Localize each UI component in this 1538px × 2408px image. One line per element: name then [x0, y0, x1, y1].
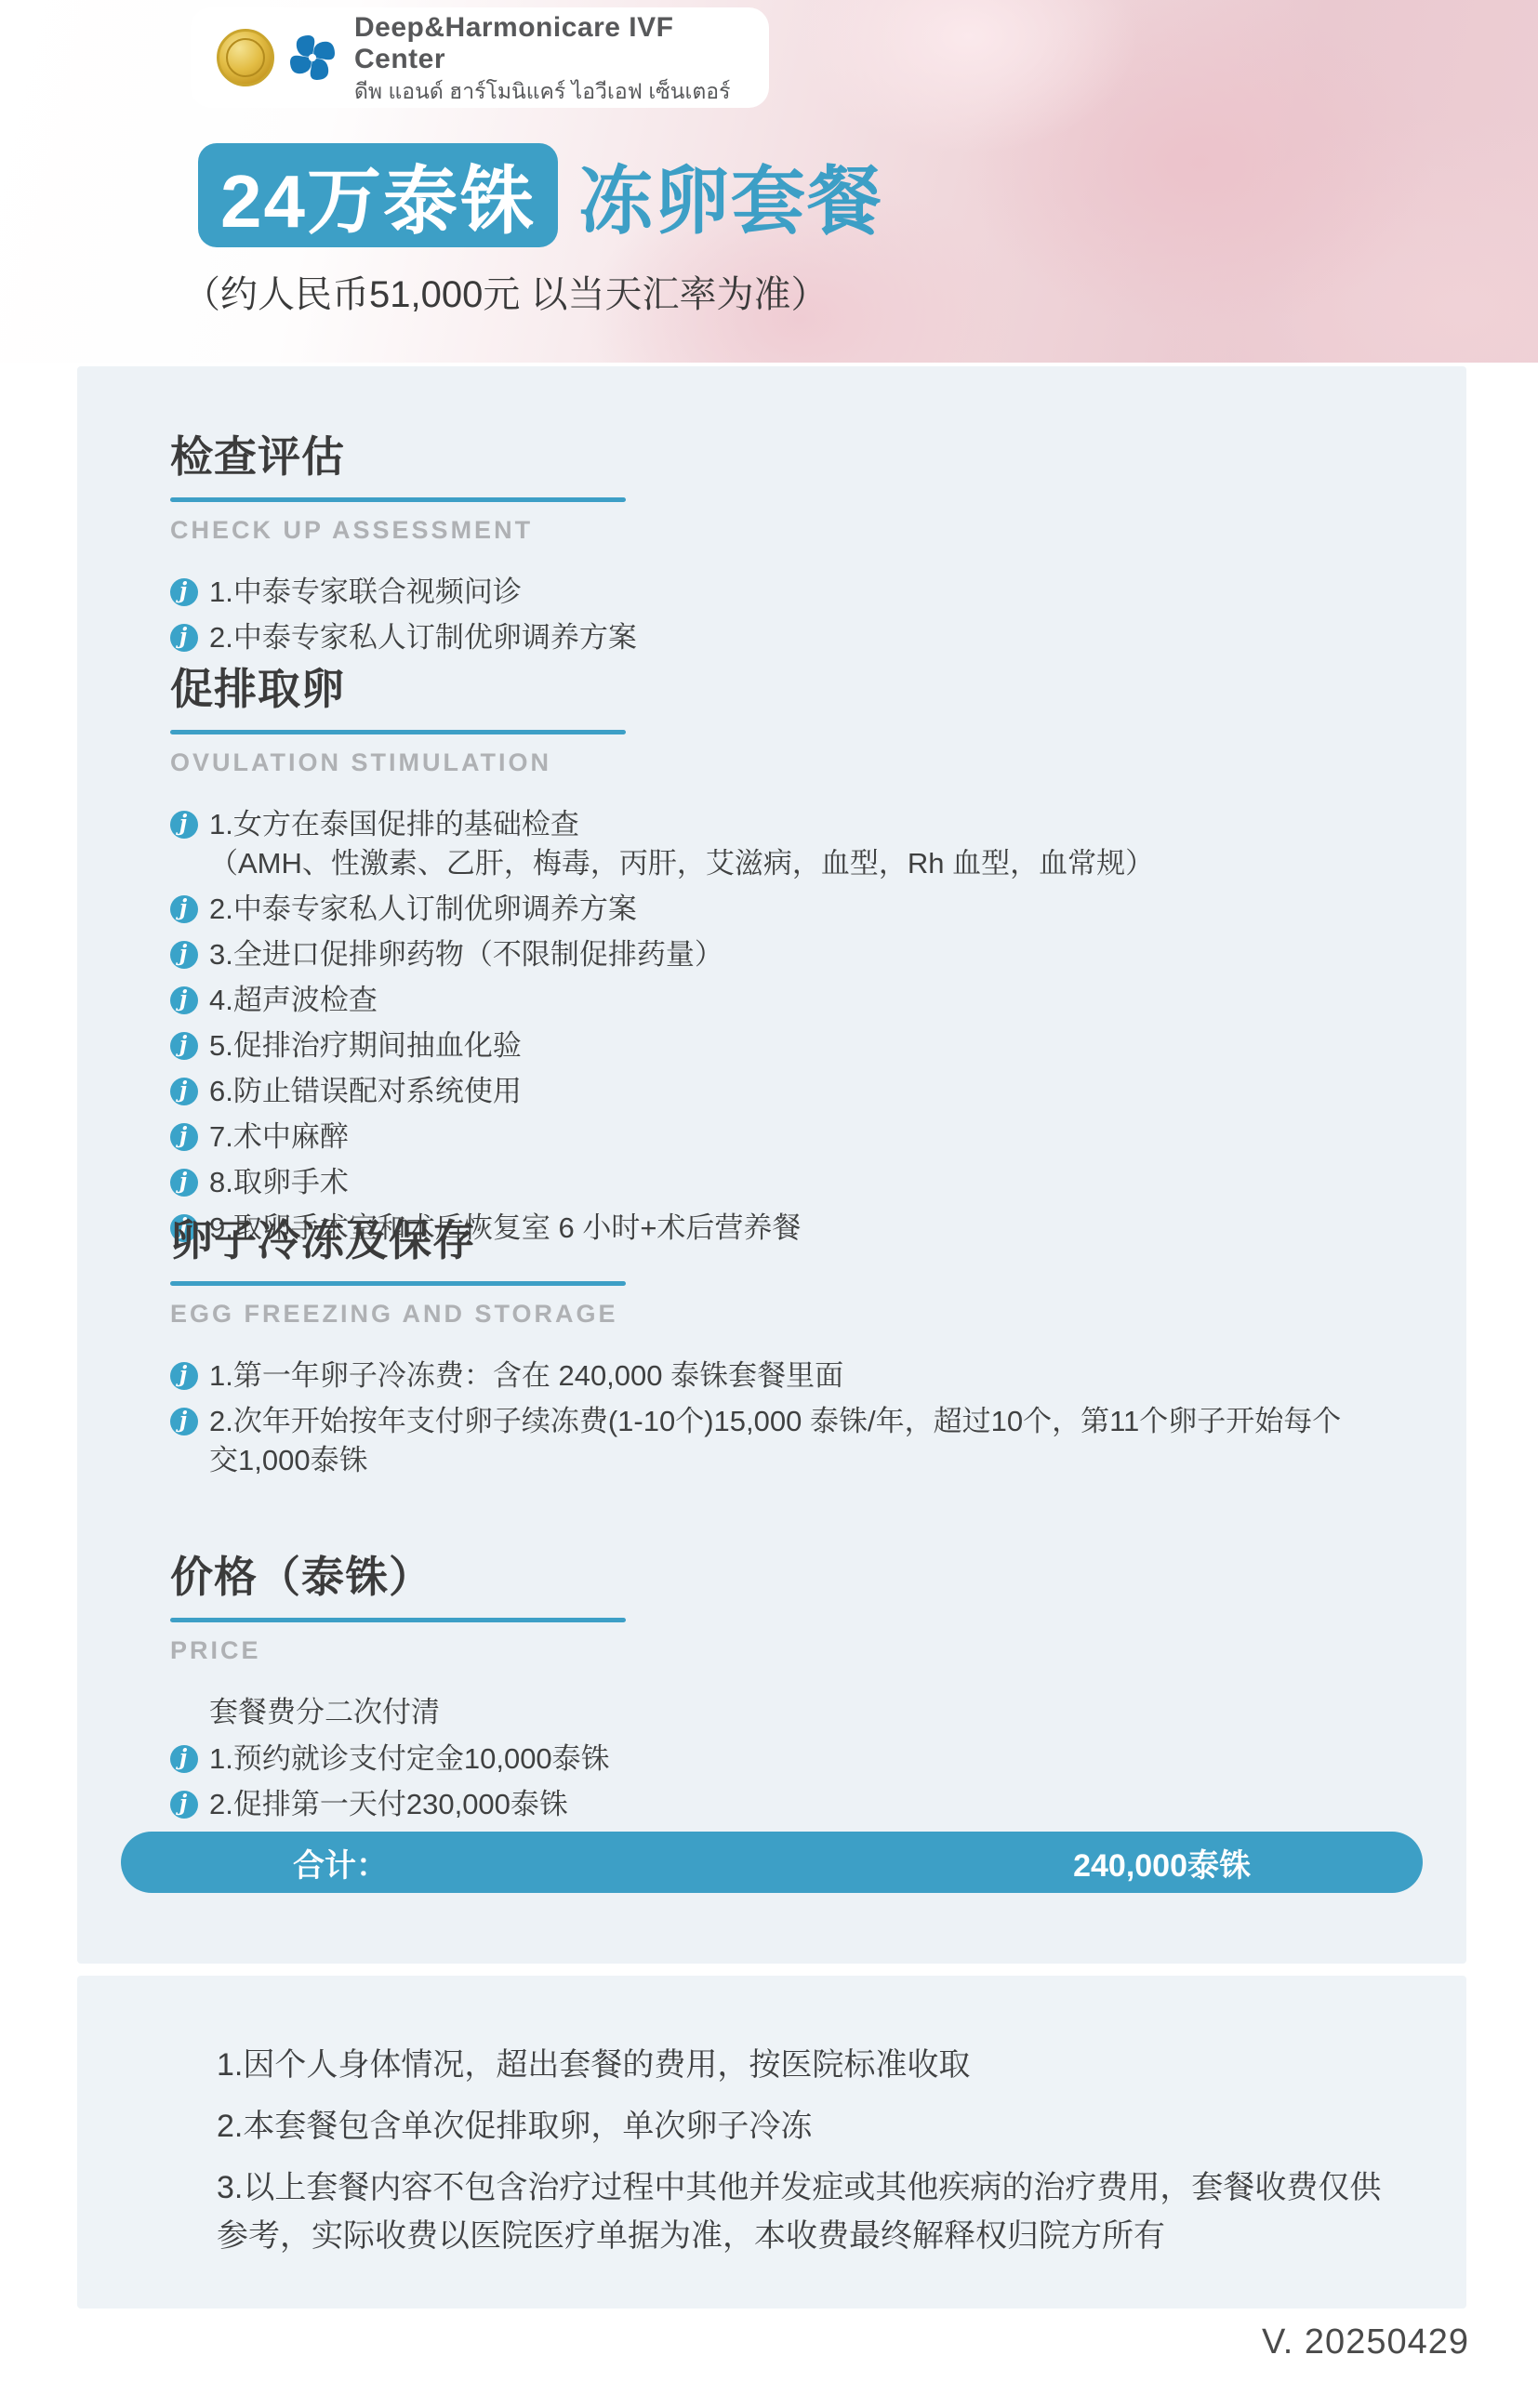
- bullet-glyph: j: [179, 1079, 187, 1101]
- terms-notes-panel: 1.因个人身体情况，超出套餐的费用，按医院标准收取 2.本套餐包含单次促排取卵，…: [77, 1976, 1466, 2309]
- clinic-name-en: Deep&Harmonicare IVF Center: [354, 12, 750, 76]
- fetus-bullet-icon: j: [170, 1123, 198, 1151]
- fetus-bullet-icon: j: [170, 895, 198, 923]
- fetus-bullet-icon: j: [170, 1362, 198, 1390]
- section-item-list: j 1.第一年卵子冷冻费：含在 240,000 泰铢套餐里面 j 2.次年开始按…: [170, 1356, 1463, 1480]
- list-item-text: 4.超声波检查: [209, 981, 378, 1020]
- total-price-bar: 合计： 240,000泰铢: [121, 1832, 1423, 1893]
- fetus-bullet-icon: j: [170, 941, 198, 969]
- list-item: j 1.女方在泰国促排的基础检查: [170, 805, 1463, 844]
- gold-medal-icon: [217, 29, 274, 86]
- bullet-glyph: j: [179, 813, 187, 834]
- list-item: j 2.促排第一天付230,000泰铢: [170, 1785, 1463, 1824]
- section-price: 价格（泰铢） PRICE 套餐费分二次付清 j 1.预约就诊支付定金10,000…: [170, 1543, 1463, 1831]
- total-label: 合计：: [293, 1840, 388, 1885]
- bullet-glyph: j: [179, 1034, 187, 1055]
- total-value: 240,000泰铢: [1073, 1840, 1251, 1885]
- fetus-bullet-icon: j: [170, 1745, 198, 1773]
- bullet-glyph: j: [179, 988, 187, 1010]
- clinic-name-th: ดีพ แอนด์ ฮาร์โมนิแคร์ ไอวีเอฟ เซ็นเตอร์: [354, 79, 750, 103]
- list-item-text: 6.防止错误配对系统使用: [209, 1072, 522, 1111]
- list-item-text: 8.取卵手术: [209, 1163, 349, 1202]
- fetus-bullet-icon: j: [170, 986, 198, 1014]
- list-item-text: 1.预约就诊支付定金10,000泰铢: [209, 1740, 610, 1779]
- section-title-zh: 促排取卵: [170, 655, 1463, 717]
- clinic-name: Deep&Harmonicare IVF Center ดีพ แอนด์ ฮา…: [354, 12, 750, 103]
- list-item: j 1.中泰专家联合视频问诊: [170, 573, 1463, 612]
- package-name: 冻卵套餐: [578, 141, 883, 248]
- list-item: j 7.术中麻醉: [170, 1118, 1463, 1157]
- terms-notes: 1.因个人身体情况，超出套餐的费用，按医院标准收取 2.本套餐包含单次促排取卵，…: [77, 1976, 1407, 2260]
- section-title-en: CHECK UP ASSESSMENT: [170, 516, 1463, 545]
- section-check-up-assessment: 检查评估 CHECK UP ASSESSMENT j 1.中泰专家联合视频问诊 …: [170, 423, 1463, 664]
- section-title-zh: 卵子冷冻及保存: [170, 1207, 1463, 1268]
- fetus-bullet-icon: j: [170, 1078, 198, 1105]
- fetus-bullet-icon: j: [170, 1169, 198, 1197]
- section-title-en: EGG FREEZING AND STORAGE: [170, 1300, 1463, 1329]
- price-cny-subtitle: （约人民币51,000元 以当天汇率为准）: [183, 265, 828, 318]
- list-item: j 2.中泰专家私人订制优卵调养方案: [170, 618, 1463, 657]
- section-egg-freezing-storage: 卵子冷冻及保存 EGG FREEZING AND STORAGE j 1.第一年…: [170, 1207, 1463, 1487]
- blue-clover-icon: [285, 31, 339, 85]
- list-item-text: 3.全进口促排卵药物（不限制促排药量）: [209, 935, 723, 974]
- section-item-list: j 1.女方在泰国促排的基础检查 （AMH、性激素、乙肝，梅毒，丙肝，艾滋病，血…: [170, 805, 1463, 1248]
- bullet-glyph: j: [179, 897, 187, 919]
- list-item-text: 2.中泰专家私人订制优卵调养方案: [209, 890, 637, 929]
- bullet-glyph: j: [179, 1409, 187, 1431]
- section-item-list: 套餐费分二次付清 j 1.预约就诊支付定金10,000泰铢 j 2.促排第一天付…: [170, 1693, 1463, 1824]
- note-line: 3.以上套餐内容不包含治疗过程中其他并发症或其他疾病的治疗费用，套餐收费仅供参考…: [217, 2163, 1407, 2260]
- list-item: j 2.中泰专家私人订制优卵调养方案: [170, 890, 1463, 929]
- list-item: j 1.第一年卵子冷冻费：含在 240,000 泰铢套餐里面: [170, 1356, 1463, 1396]
- payment-split-note: 套餐费分二次付清: [170, 1693, 1463, 1732]
- list-item-text: 2.次年开始按年支付卵子续冻费(1-10个)15,000 泰铢/年，超过10个，…: [209, 1402, 1362, 1480]
- section-item-list: j 1.中泰专家联合视频问诊 j 2.中泰专家私人订制优卵调养方案: [170, 573, 1463, 657]
- section-divider: [170, 1281, 626, 1286]
- list-item: j 1.预约就诊支付定金10,000泰铢: [170, 1740, 1463, 1779]
- bullet-glyph: j: [179, 1364, 187, 1385]
- package-title: 24万泰铢 冻卵套餐: [198, 141, 883, 248]
- clinic-logo-card: Deep&Harmonicare IVF Center ดีพ แอนด์ ฮา…: [191, 7, 769, 108]
- section-ovulation-stimulation: 促排取卵 OVULATION STIMULATION j 1.女方在泰国促排的基…: [170, 655, 1463, 1254]
- price-badge: 24万泰铢: [198, 143, 558, 247]
- bullet-glyph: j: [179, 1171, 187, 1192]
- bullet-glyph: j: [179, 1793, 187, 1814]
- fetus-bullet-icon: j: [170, 624, 198, 652]
- list-item-text: 7.术中麻醉: [209, 1118, 349, 1157]
- hero-photo-banner: Deep&Harmonicare IVF Center ดีพ แอนด์ ฮา…: [0, 0, 1538, 363]
- list-item: j 4.超声波检查: [170, 981, 1463, 1020]
- document-version: V. 20250429: [1262, 2322, 1469, 2362]
- bullet-glyph: j: [179, 580, 187, 602]
- package-details-panel: 检查评估 CHECK UP ASSESSMENT j 1.中泰专家联合视频问诊 …: [77, 366, 1466, 1964]
- fetus-bullet-icon: j: [170, 1408, 198, 1436]
- section-divider: [170, 497, 626, 502]
- fetus-bullet-icon: j: [170, 1032, 198, 1060]
- list-item: j 6.防止错误配对系统使用: [170, 1072, 1463, 1111]
- fetus-bullet-icon: j: [170, 1791, 198, 1819]
- note-line: 1.因个人身体情况，超出套餐的费用，按医院标准收取: [217, 2041, 1407, 2089]
- section-title-en: PRICE: [170, 1636, 1463, 1665]
- bullet-glyph: j: [179, 626, 187, 647]
- list-item-continuation: （AMH、性激素、乙肝，梅毒，丙肝，艾滋病，血型，Rh 血型，血常规）: [170, 844, 1463, 883]
- list-item: j 2.次年开始按年支付卵子续冻费(1-10个)15,000 泰铢/年，超过10…: [170, 1402, 1463, 1480]
- list-item-text: 1.中泰专家联合视频问诊: [209, 573, 522, 612]
- section-title-zh: 价格（泰铢）: [170, 1543, 1463, 1605]
- section-divider: [170, 1618, 626, 1622]
- fetus-bullet-icon: j: [170, 811, 198, 839]
- note-line: 2.本套餐包含单次促排取卵，单次卵子冷冻: [217, 2102, 1407, 2150]
- section-title-zh: 检查评估: [170, 423, 1463, 484]
- list-item-text: 2.促排第一天付230,000泰铢: [209, 1785, 568, 1824]
- section-divider: [170, 730, 626, 734]
- list-item: j 8.取卵手术: [170, 1163, 1463, 1202]
- list-item-text: 2.中泰专家私人订制优卵调养方案: [209, 618, 637, 657]
- bullet-glyph: j: [179, 1747, 187, 1768]
- bullet-glyph: j: [179, 943, 187, 964]
- list-item-text: 5.促排治疗期间抽血化验: [209, 1026, 522, 1065]
- list-item: j 5.促排治疗期间抽血化验: [170, 1026, 1463, 1065]
- section-title-en: OVULATION STIMULATION: [170, 748, 1463, 777]
- list-item-text: 1.第一年卵子冷冻费：含在 240,000 泰铢套餐里面: [209, 1356, 843, 1396]
- list-item: j 3.全进口促排卵药物（不限制促排药量）: [170, 935, 1463, 974]
- fetus-bullet-icon: j: [170, 578, 198, 606]
- bullet-glyph: j: [179, 1125, 187, 1146]
- list-item-text: 1.女方在泰国促排的基础检查: [209, 805, 579, 844]
